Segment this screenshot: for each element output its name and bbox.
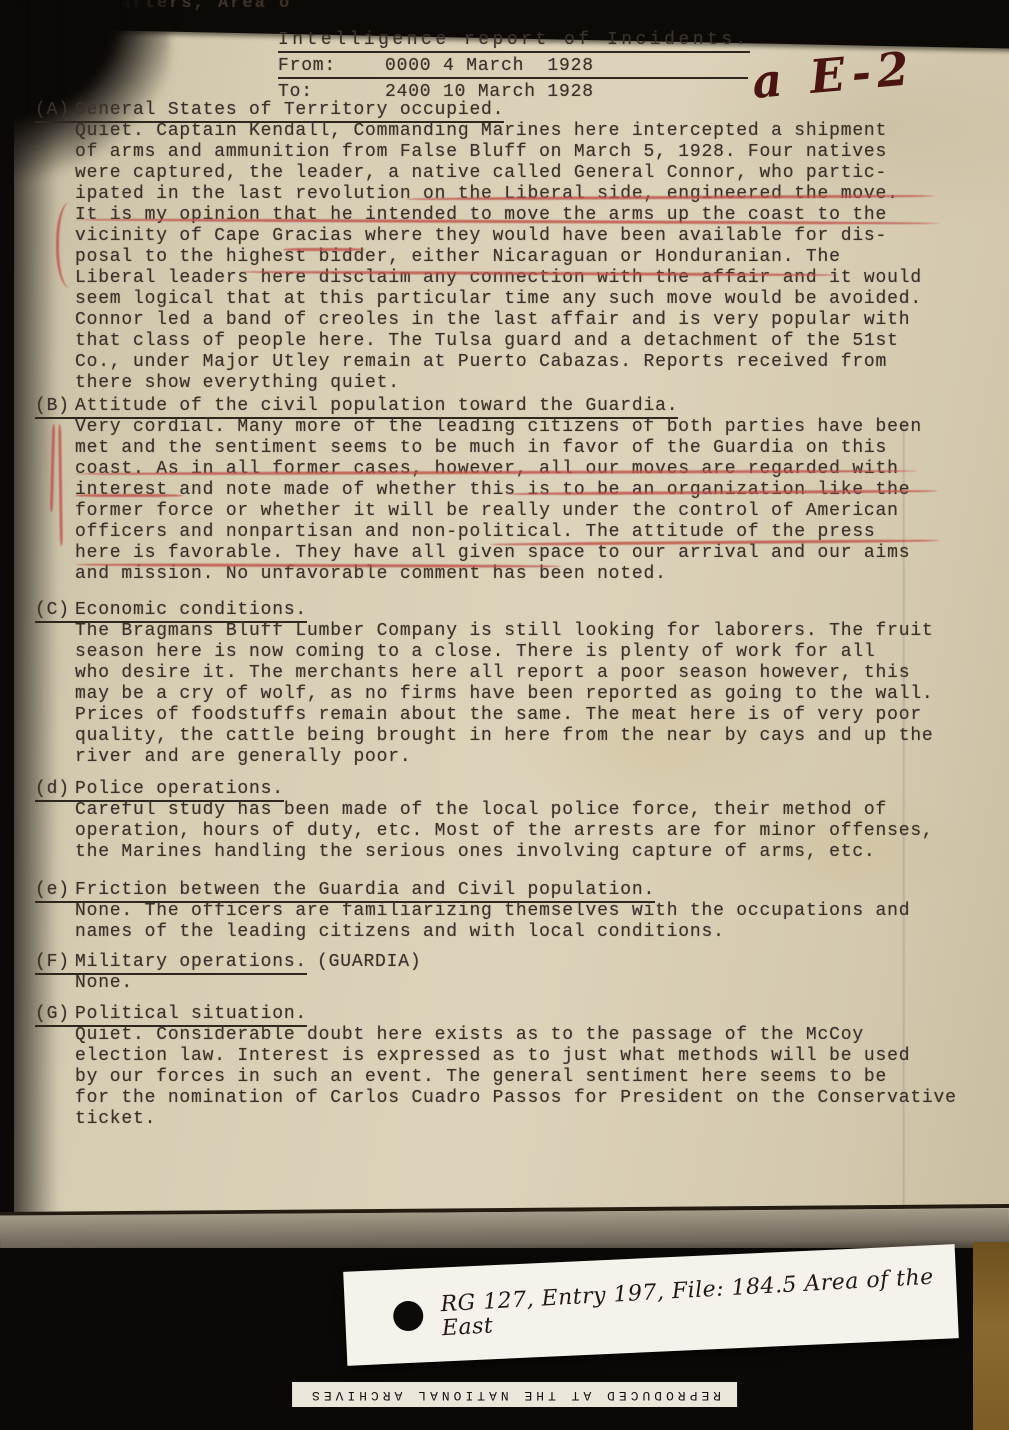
from-label: From: [278, 56, 385, 76]
scanned-document: quarters, Area o Intelligence report of … [0, 0, 1009, 1430]
report-title: Intelligence report of Incidents. [278, 30, 750, 53]
section-title: Attitude of the civil population toward … [75, 396, 678, 416]
archive-label-text: RG 127, Entry 197, File: 184.5 Area of t… [440, 1264, 958, 1341]
section-d-heading: (d)Police operations. [35, 779, 284, 802]
section-a-heading: (A)General States of Territory occupied. [35, 100, 504, 123]
report-body: (A)General States of Territory occupied.… [35, 100, 970, 1130]
to-label: To: [278, 82, 385, 102]
section-letter: (G) [35, 1004, 75, 1025]
section-g-text: Quiet. Considerable doubt here exists as… [75, 1025, 985, 1130]
to-value: 2400 10 March 1928 [385, 82, 594, 102]
section-letter: (d) [35, 779, 75, 800]
section-a: (A)General States of Territory occupied.… [35, 100, 970, 394]
section-e: (e)Friction between the Guardia and Civi… [35, 880, 970, 943]
section-f-heading: (F)Military operations. [35, 952, 307, 975]
section-letter: (A) [35, 100, 75, 121]
section-c-text: The Bragmans Bluff Lumber Company is sti… [75, 621, 985, 768]
red-underline-annotation [75, 494, 183, 497]
section-letter: (e) [35, 880, 75, 901]
section-letter: (B) [35, 396, 75, 417]
section-f-text: None. [75, 973, 985, 994]
report-from-row: From: 0000 4 March 1928 [278, 56, 748, 79]
section-letter: (C) [35, 600, 75, 621]
section-g-heading: (G)Political situation. [35, 1004, 307, 1027]
section-d: (d)Police operations. Careful study has … [35, 779, 970, 863]
section-suffix: (GUARDIA) [317, 952, 421, 972]
from-value: 0000 4 March 1928 [385, 56, 594, 76]
report-header: Intelligence report of Incidents. From: … [278, 30, 750, 102]
section-e-text: None. The officers are familiarizing the… [75, 901, 985, 943]
section-d-text: Careful study has been made of the local… [75, 800, 985, 863]
section-title: Political situation. [75, 1004, 307, 1024]
section-f: (F)Military operations.(GUARDIA) None. [35, 952, 970, 994]
archives-stamp: REPRODUCED AT THE NATIONAL ARCHIVES [292, 1382, 737, 1407]
red-underline-annotation [283, 248, 365, 251]
section-letter: (F) [35, 952, 75, 973]
section-title: Friction between the Guardia and Civil p… [75, 880, 655, 900]
section-c: (C)Economic conditions. The Bragmans Blu… [35, 600, 970, 768]
section-b-heading: (B)Attitude of the civil population towa… [35, 396, 678, 419]
section-c-heading: (C)Economic conditions. [35, 600, 307, 623]
black-dot-icon [393, 1300, 424, 1331]
section-a-text: Quiet. Captain Kendall, Commanding Marin… [75, 121, 985, 394]
section-title: Military operations. [75, 952, 307, 972]
section-title: General States of Territory occupied. [75, 100, 504, 120]
section-g: (G)Political situation. Quiet. Considera… [35, 1004, 970, 1130]
backing-board-edge [973, 1242, 1009, 1430]
section-b-text: Very cordial. Many more of the leading c… [75, 417, 985, 585]
section-title: Economic conditions. [75, 600, 307, 620]
report-to-row: To: 2400 10 March 1928 [278, 82, 748, 102]
section-e-heading: (e)Friction between the Guardia and Civi… [35, 880, 655, 903]
section-title: Police operations. [75, 779, 284, 799]
